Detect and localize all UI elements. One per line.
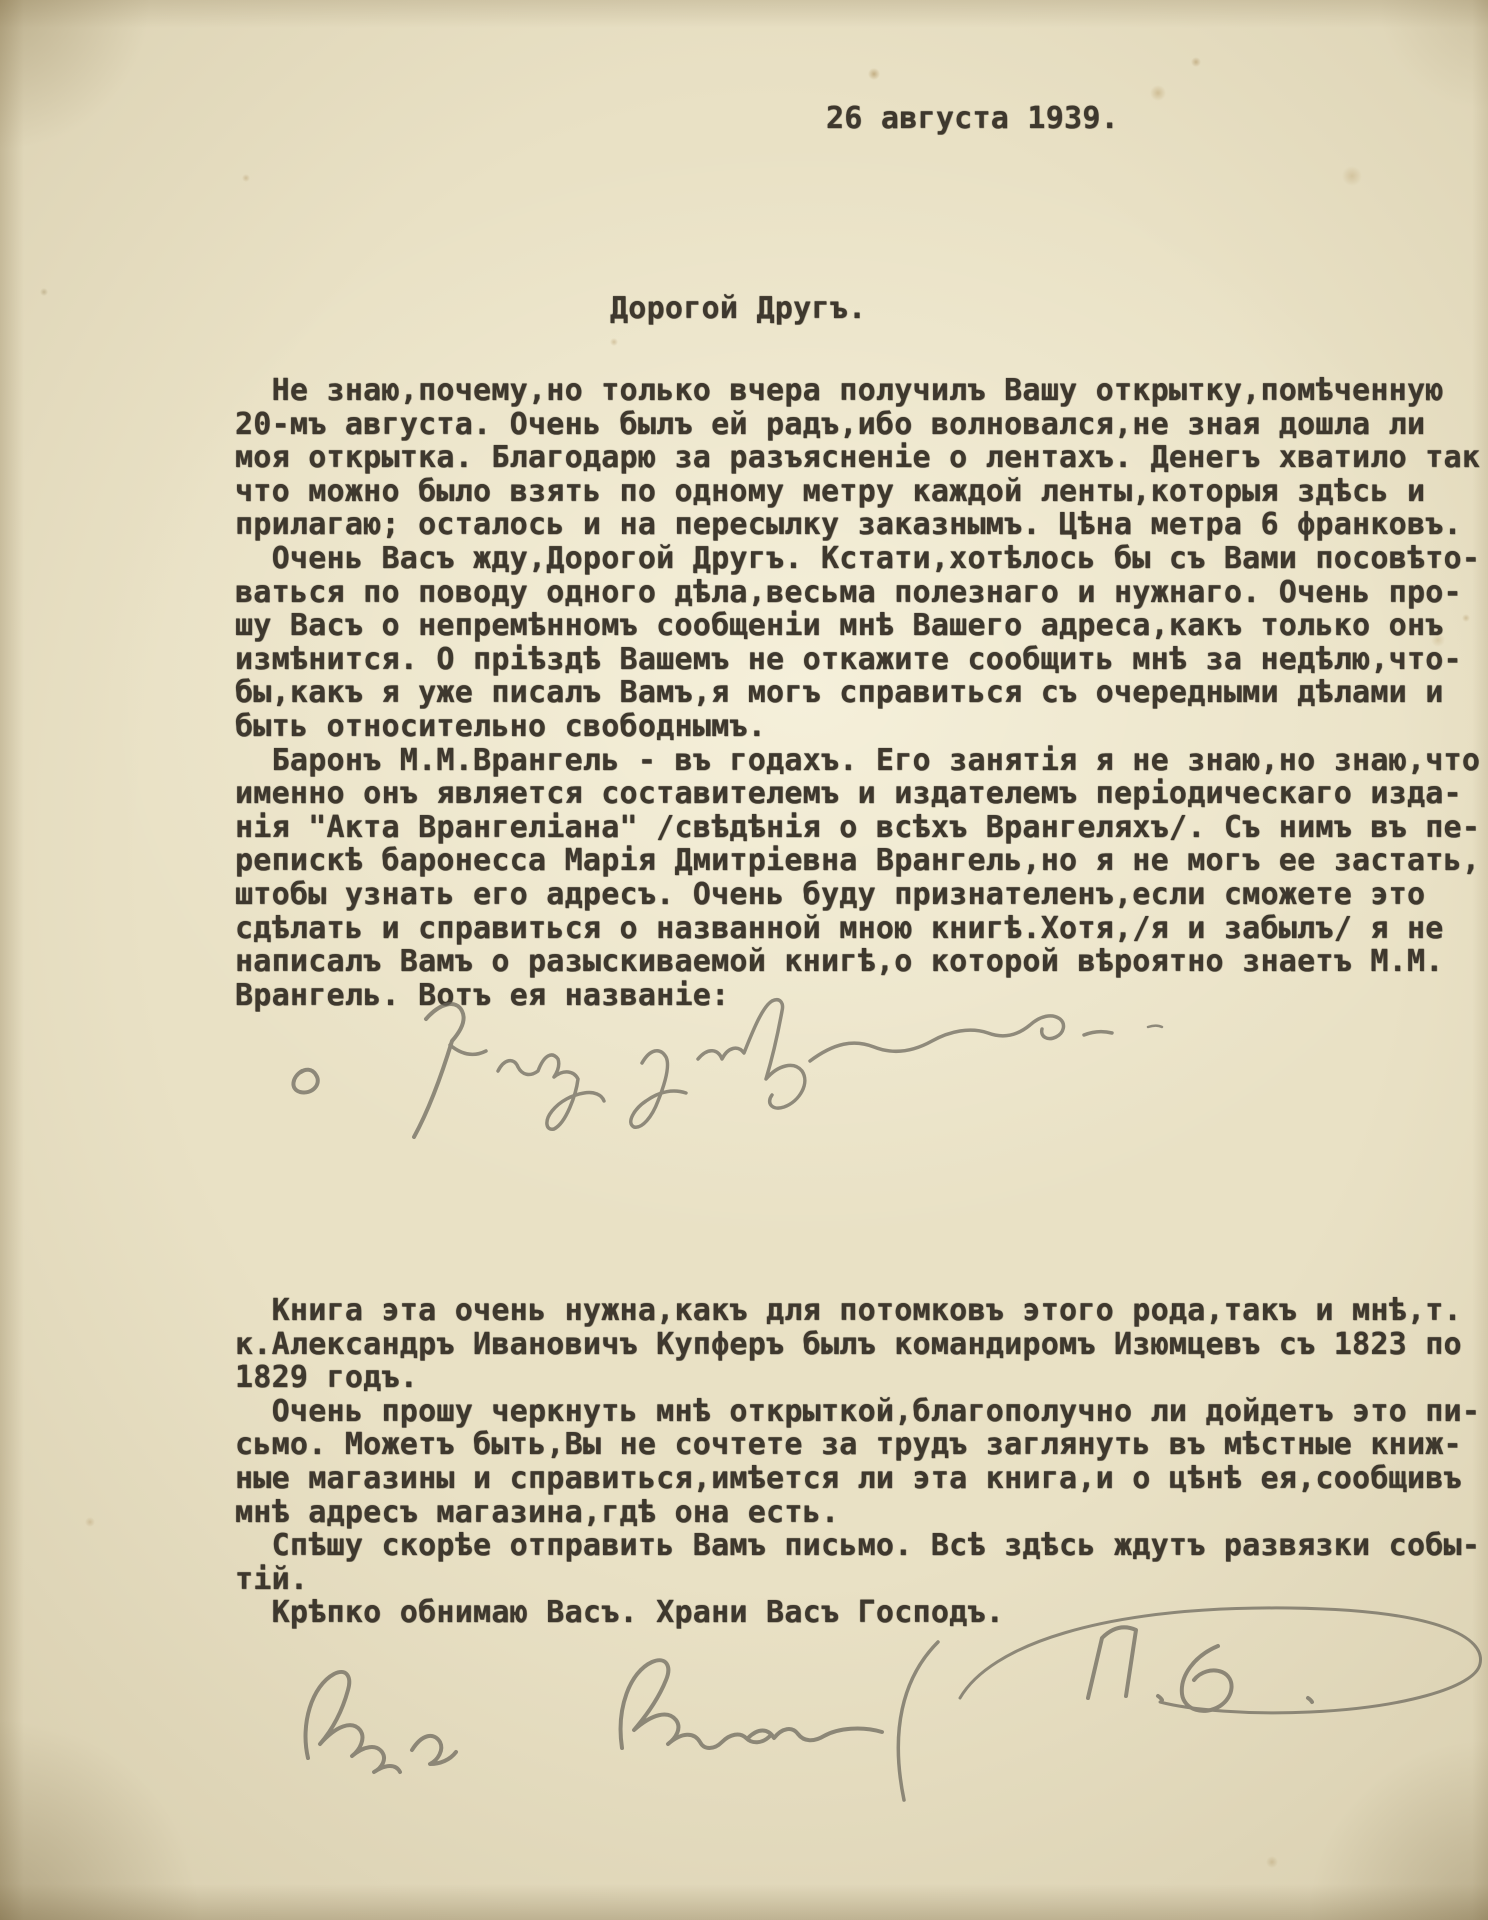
letter-body-part-2: Книга эта очень нужна,какъ для потомковъ…: [235, 1294, 1488, 1630]
letter-page: 26 августа 1939. Дорогой Другъ. Не знаю,…: [0, 0, 1488, 1920]
letter-body-part-1: Не знаю,почему,но только вчера получилъ …: [235, 374, 1488, 1012]
pencil-signature-handwriting: [270, 1598, 1488, 1838]
letter-date: 26 августа 1939.: [826, 102, 1119, 136]
letter-salutation: Дорогой Другъ.: [610, 292, 866, 326]
